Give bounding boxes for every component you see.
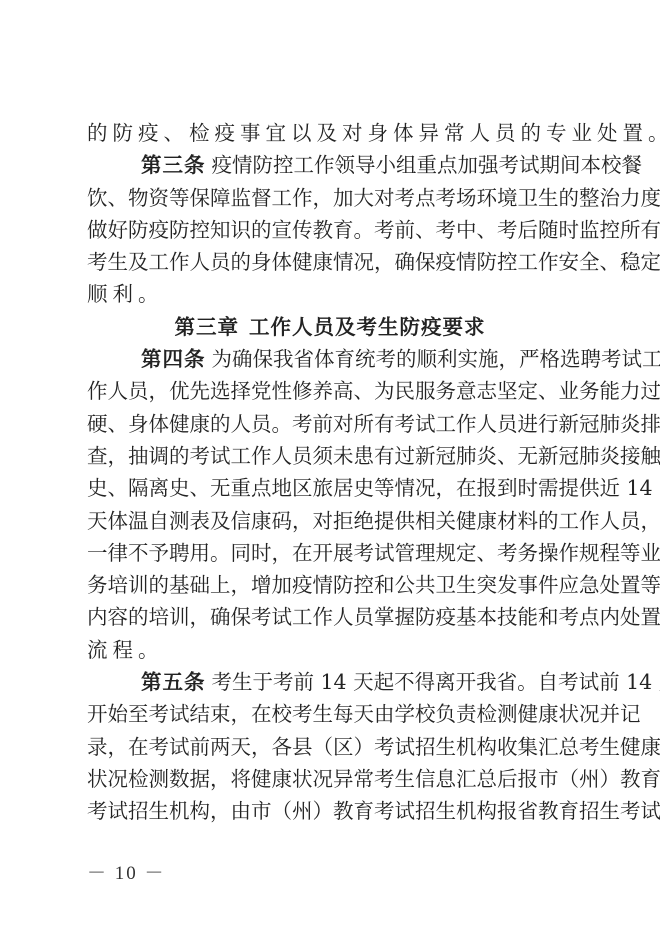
- article-4-line: 作人员，优先选择党性修养高、为民服务意志坚定、业务能力过: [87, 375, 573, 407]
- article-3-text: 疫情防控工作领导小组重点加强考试期间本校餐: [212, 153, 643, 177]
- article-4-line: 流程。: [87, 634, 573, 666]
- article-3-line: 做好防疫防控知识的宣传教育。考前、考中、考后随时监控所有: [87, 214, 573, 246]
- article-3-line: 顺利。: [87, 278, 573, 310]
- article-4-first-line: 第四条为确保我省体育统考的顺利实施，严格选聘考试工: [87, 343, 573, 375]
- document-page: 的防疫、检疫事宜以及对身体异常人员的专业处置。 第三条疫情防控工作领导小组重点加…: [0, 0, 660, 934]
- article-4-line: 查，抽调的考试工作人员须未患有过新冠肺炎、无新冠肺炎接触: [87, 440, 573, 472]
- chapter-heading: 第三章工作人员及考生防疫要求: [87, 311, 573, 343]
- article-5-text: 考生于考前 14 天起不得离开我省。自考试前 14 天: [212, 670, 660, 694]
- article-4-text: 为确保我省体育统考的顺利实施，严格选聘考试工: [212, 347, 660, 371]
- article-4-line: 硬、身体健康的人员。考前对所有考试工作人员进行新冠肺炎排: [87, 408, 573, 440]
- article-4-line: 史、隔离史、无重点地区旅居史等情况，在报到时需提供近 14: [87, 472, 573, 504]
- article-4-label: 第四条: [141, 347, 206, 371]
- chapter-title: 工作人员及考生防疫要求: [249, 315, 486, 339]
- article-5-label: 第五条: [141, 670, 206, 694]
- article-4-line: 一律不予聘用。同时，在开展考试管理规定、考务操作规程等业: [87, 537, 573, 569]
- article-5-line: 考试招生机构，由市（州）教育考试招生机构报省教育招生考试: [87, 795, 573, 827]
- article-3-line: 饮、物资等保障监督工作，加大对考点考场环境卫生的整治力度，: [87, 182, 573, 214]
- article-3-line: 考生及工作人员的身体健康情况，确保疫情防控工作安全、稳定、: [87, 246, 573, 278]
- article-4-line: 务培训的基础上，增加疫情防控和公共卫生突发事件应急处置等: [87, 569, 573, 601]
- article-3-first-line: 第三条疫情防控工作领导小组重点加强考试期间本校餐: [87, 149, 573, 181]
- article-5-line: 录，在考试前两天，各县（区）考试招生机构收集汇总考生健康: [87, 731, 573, 763]
- article-3-label: 第三条: [141, 153, 206, 177]
- continuation-line: 的防疫、检疫事宜以及对身体异常人员的专业处置。: [87, 117, 573, 149]
- article-4-line: 内容的培训，确保考试工作人员掌握防疫基本技能和考点内处置: [87, 601, 573, 633]
- chapter-label: 第三章: [175, 315, 240, 339]
- article-5-line: 开始至考试结束，在校考生每天由学校负责检测健康状况并记: [87, 698, 573, 730]
- article-5-first-line: 第五条考生于考前 14 天起不得离开我省。自考试前 14 天: [87, 666, 573, 698]
- page-number: － 10 －: [87, 858, 166, 885]
- article-5-line: 状况检测数据，将健康状况异常考生信息汇总后报市（州）教育: [87, 763, 573, 795]
- document-body: 的防疫、检疫事宜以及对身体异常人员的专业处置。 第三条疫情防控工作领导小组重点加…: [87, 117, 573, 828]
- article-4-line: 天体温自测表及信康码，对拒绝提供相关健康材料的工作人员，: [87, 505, 573, 537]
